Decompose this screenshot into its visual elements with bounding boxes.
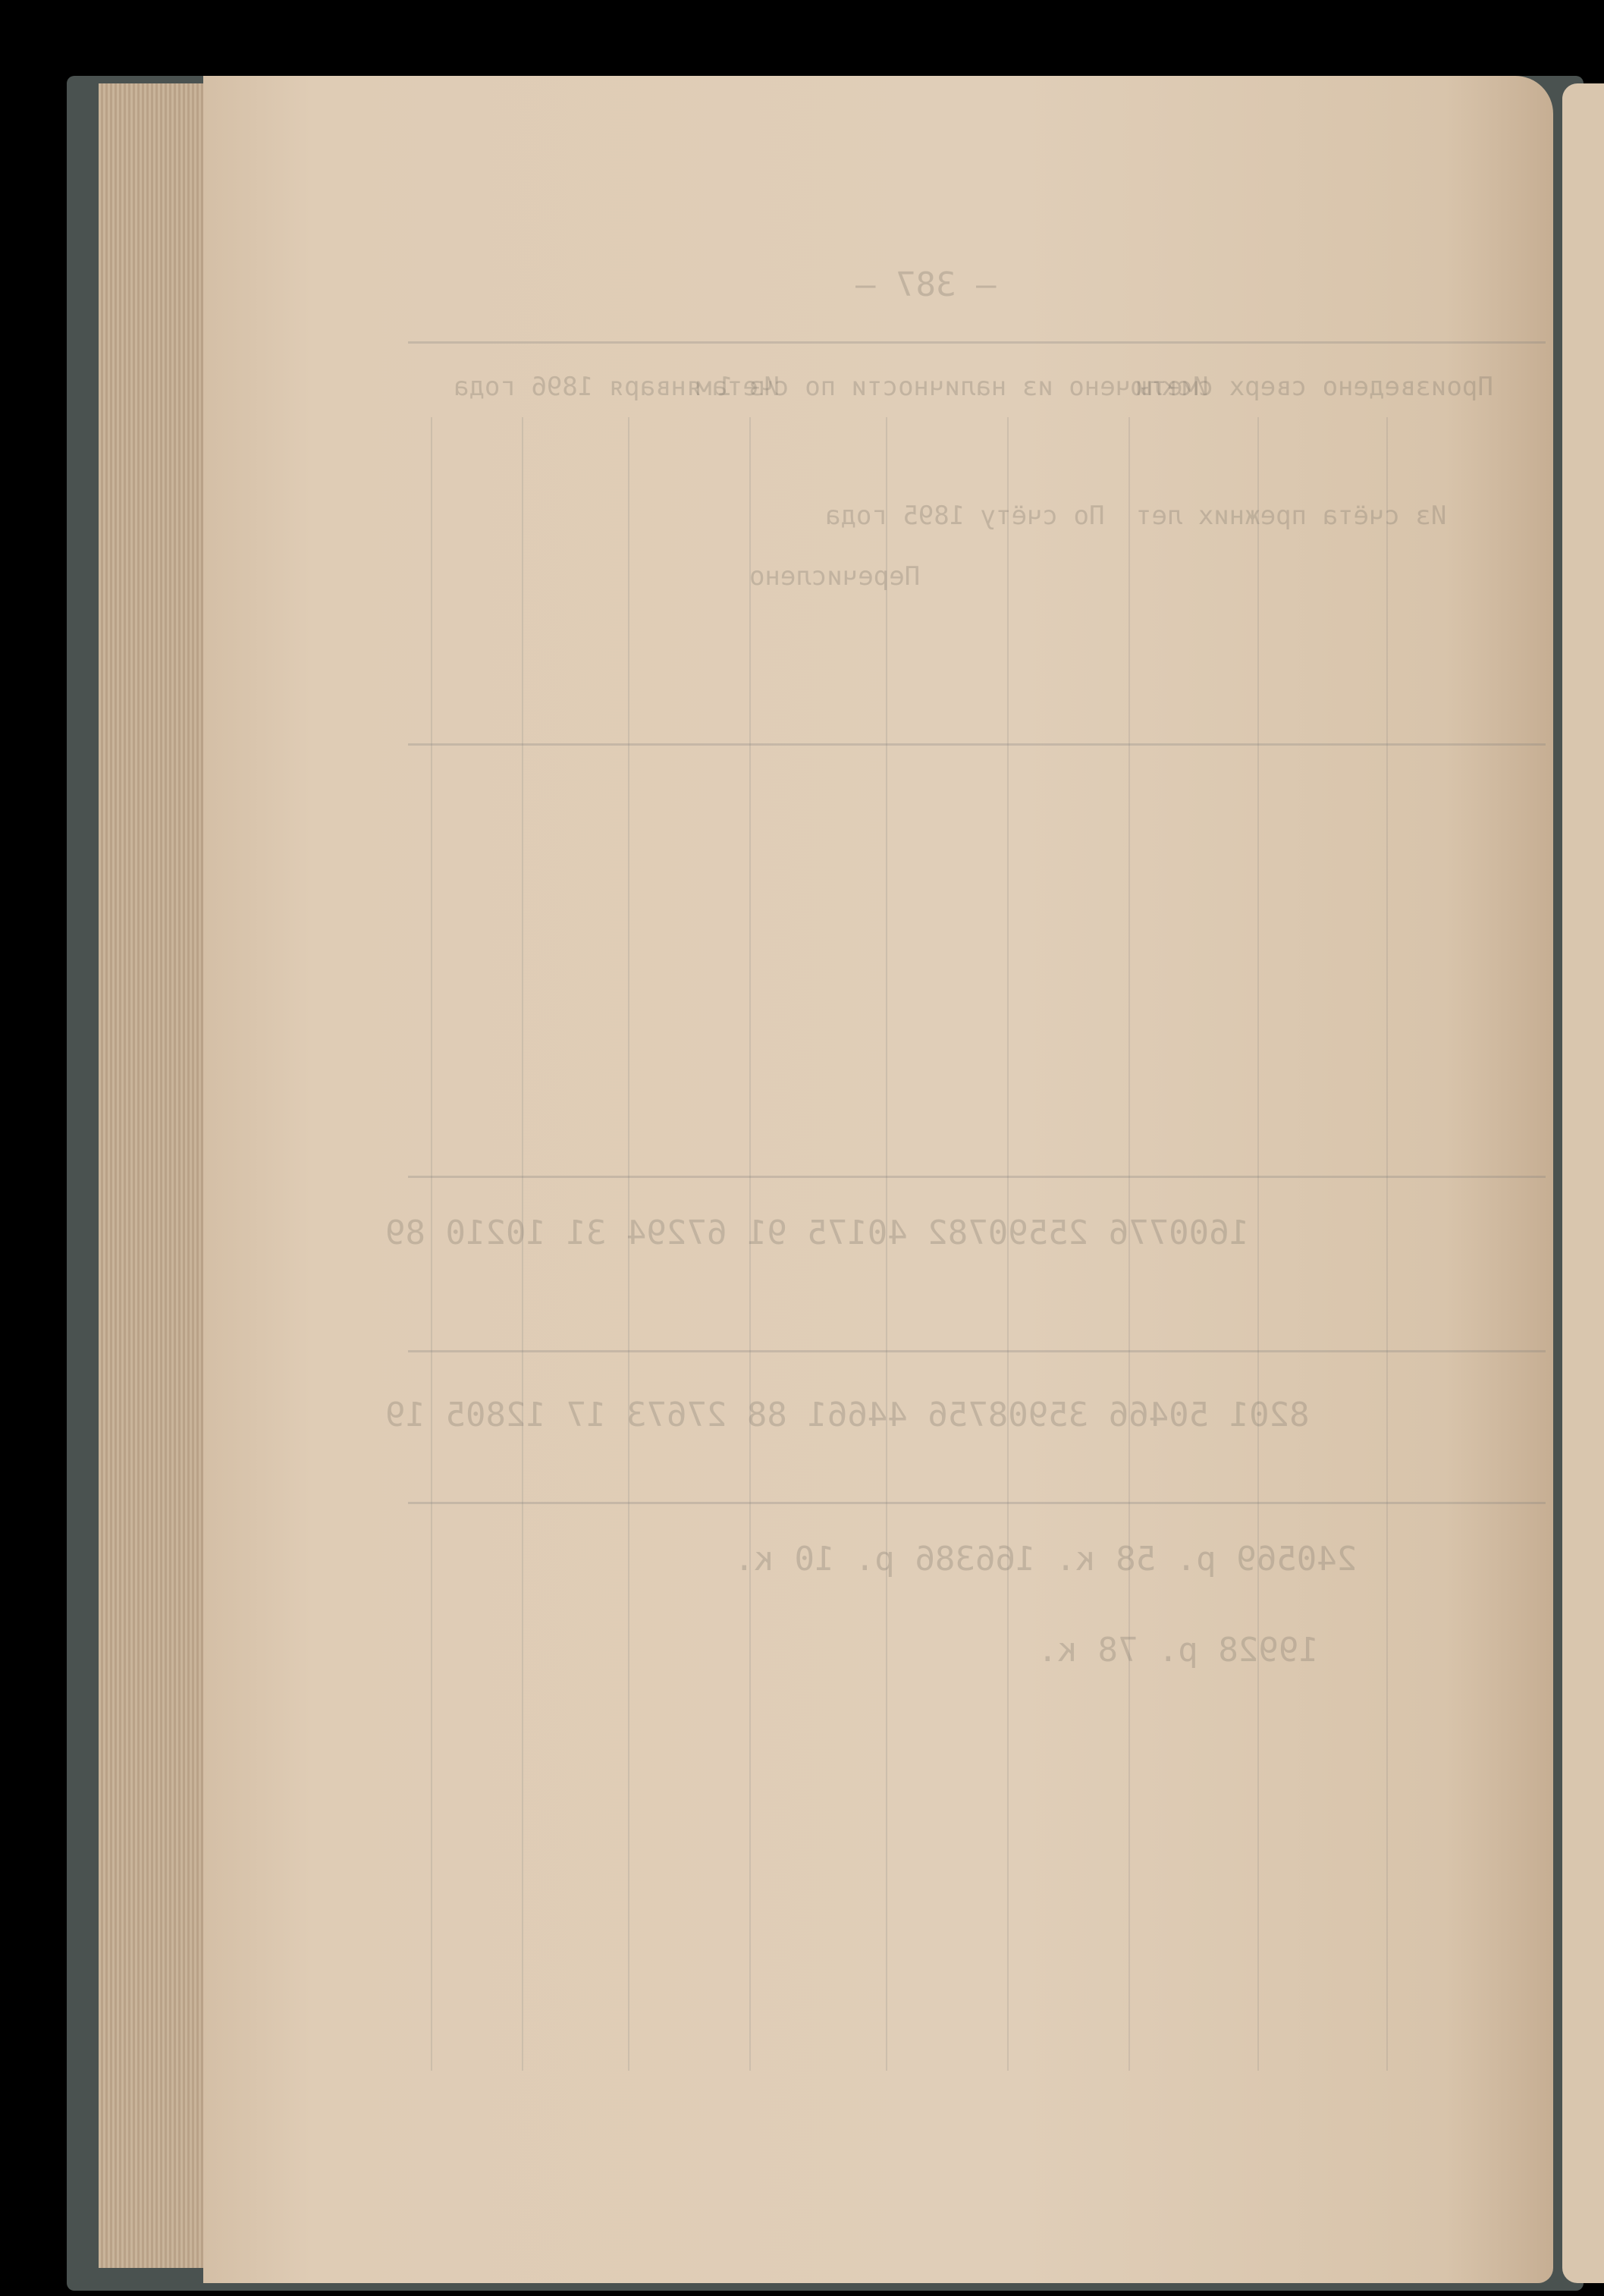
column-rule — [628, 417, 629, 2071]
row-rule — [408, 1176, 1546, 1178]
table-top-rule — [408, 341, 1546, 344]
row-rule — [408, 1350, 1546, 1352]
header-cell: Исключено из наличности по счетам — [696, 372, 1209, 402]
column-rule — [431, 417, 432, 2071]
column-rule — [1386, 417, 1388, 2071]
header-cell: Из счёта прежних лет — [1136, 501, 1446, 531]
adjacent-page — [1562, 83, 1604, 2283]
header-cell: Перечислено — [749, 561, 920, 592]
page-number: — 387 — — [855, 265, 996, 304]
column-rule — [1007, 417, 1009, 2071]
column-rule — [749, 417, 751, 2071]
column-rule — [886, 417, 887, 2071]
header-bottom-rule — [408, 743, 1546, 746]
row-rule — [408, 1502, 1546, 1504]
column-rule — [1128, 417, 1130, 2071]
book-page: — 387 — Из 1 января 1896 года Исключено … — [203, 76, 1553, 2283]
table-row: 1600776 25590782 40175 91 67294 31 10210… — [385, 1214, 1249, 1252]
page-edges — [99, 83, 220, 2268]
table-row: 240569 р. 58 к. 166386 р. 10 к. — [734, 1540, 1357, 1578]
table-row: 19928 р. 78 к. — [1037, 1631, 1319, 1669]
header-cell: Произведено сверх сметы — [1136, 372, 1493, 402]
column-rule — [522, 417, 523, 2071]
column-rule — [1257, 417, 1259, 2071]
header-cell: По счёту 1895 года — [825, 501, 1104, 531]
table-row: 8201 50466 35908756 44661 88 27673 17 12… — [385, 1396, 1310, 1434]
